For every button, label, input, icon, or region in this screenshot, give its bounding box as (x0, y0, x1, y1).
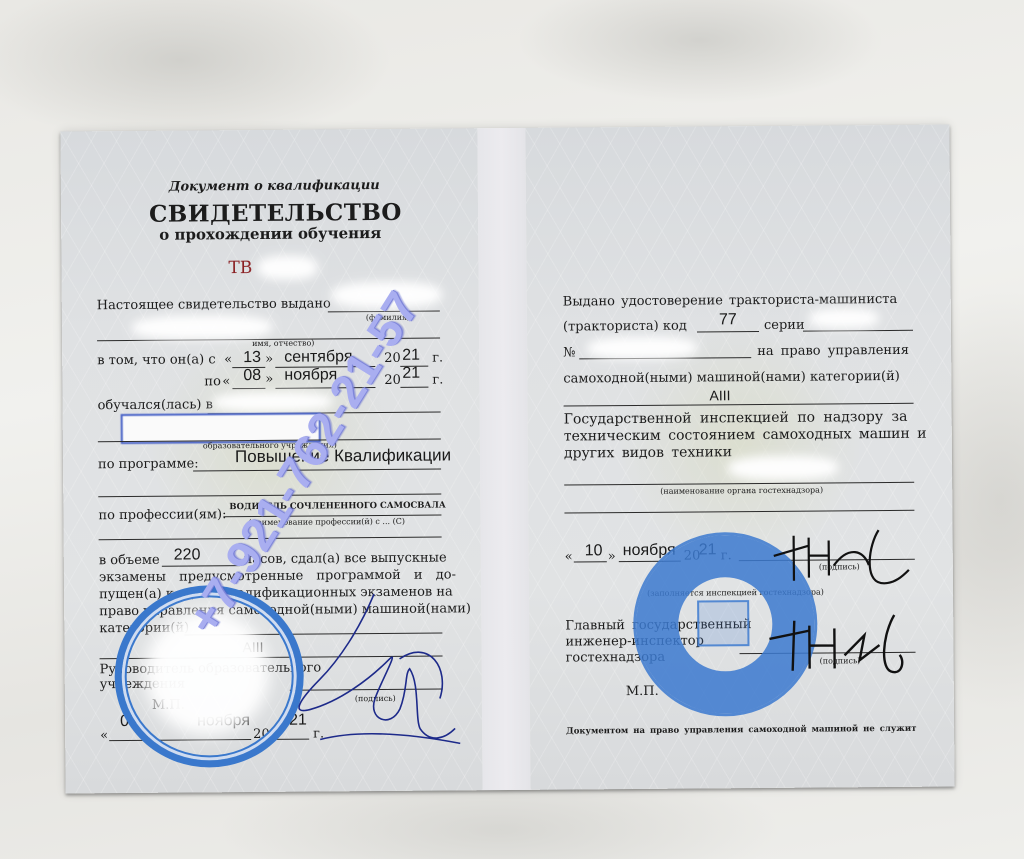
series-number: ТВ (228, 260, 252, 277)
to-day: 08 (243, 368, 261, 384)
from-year-suffix: г. (432, 352, 443, 365)
studied-label: обучался(лась) в (98, 398, 213, 412)
seal-label-right: М.П. (626, 685, 659, 698)
series-line (803, 330, 913, 332)
doc-type-heading: Документ о квалификации (169, 179, 380, 194)
from-quote-open: « (224, 353, 232, 366)
code-value: 77 (719, 312, 737, 328)
to-year-line (400, 387, 428, 388)
caption-name: имя, отчество) (252, 340, 314, 348)
inspection-line-3: других видов техники (564, 445, 732, 460)
to-year-suffix: г. (432, 374, 443, 387)
redacted-number (587, 337, 697, 360)
inspection-line-1: Государственной инспекцией по надзору за (564, 410, 908, 427)
from-label: в том, что он(а) с (97, 353, 215, 367)
issued-label: Выдано удостоверение тракториста-машинис… (563, 293, 898, 309)
signature-scribble-right-2 (764, 610, 925, 681)
series-label: серии (764, 319, 805, 332)
date-day-line (109, 740, 144, 741)
seal-emblem (697, 600, 749, 646)
right-page: Выдано удостоверение тракториста-машинис… (525, 125, 954, 790)
to-quote-open: « (222, 375, 230, 388)
date-quote-open: « (100, 729, 108, 742)
code-label: (тракториста) код (563, 320, 687, 334)
date-day-right: 10 (585, 543, 603, 559)
redacted-authority (728, 455, 838, 480)
issued-to-label: Настоящее свидетельство выдано (97, 297, 331, 312)
vehicle-label: самоходной(ными) машиной(нами) категории… (563, 370, 900, 386)
certificate-title: СВИДЕТЕЛЬСТВО (149, 201, 402, 226)
signature-scribble-left (279, 588, 480, 750)
category-value-right: AIII (709, 388, 730, 402)
to-quote-close: » (265, 373, 273, 386)
redacted-name-2 (132, 315, 272, 340)
hours-value: 220 (174, 547, 201, 563)
authority-line (564, 482, 914, 486)
date-quote-open-right: « (565, 550, 573, 563)
signature-scribble-right-1 (769, 525, 919, 586)
date-day-line-right (574, 561, 607, 562)
code-line (697, 331, 759, 332)
profession-label: по профессии(ям): (98, 508, 226, 522)
from-day: 13 (243, 350, 261, 366)
from-quote-close: » (265, 353, 273, 366)
program-label: по программе: (98, 457, 199, 471)
right-to-drive-label: на право управления (757, 344, 909, 358)
redacted-series-right (809, 308, 879, 329)
category-line-right (564, 403, 914, 407)
number-label: № (563, 346, 575, 359)
redacted-series (257, 255, 317, 279)
document-spine (477, 128, 530, 790)
authority-line-2 (564, 510, 914, 514)
footer-note: Документом на право управления самоходно… (566, 725, 916, 736)
to-year: 21 (402, 366, 420, 382)
inspection-line-2: техническим состоянием самоходных машин … (564, 427, 927, 444)
date-quote-close-right: » (608, 550, 616, 563)
to-label: по (204, 375, 221, 388)
to-day-line (232, 388, 265, 389)
certificate-subtitle: о прохождении обучения (159, 226, 381, 243)
para-line-2: экзамены предусмотренные программой и до… (99, 568, 456, 584)
caption-authority: (наименование органа гостехнадзора) (660, 487, 823, 496)
volume-label: в объеме (99, 554, 160, 567)
certificate-document: Документ о квалификации СВИДЕТЕЛЬСТВО о … (60, 125, 954, 794)
